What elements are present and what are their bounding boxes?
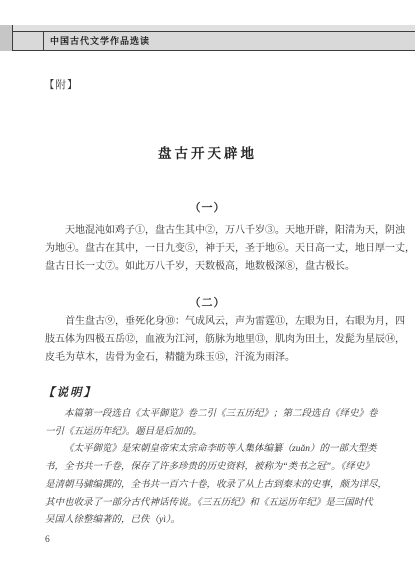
section-1-heading: （一）	[0, 199, 415, 215]
header-edge-tab	[0, 25, 13, 51]
text-line: 本篇第一段选自《太平御览》卷二引《三五历纪》；第二段选自《绎史》卷	[45, 406, 377, 424]
text-line: 为地④。盘古在其中，一日九变⑤，神于天，圣于地⑥。天日高一丈，地日厚一丈，	[45, 240, 375, 258]
text-line: 盘古日长一丈⑦。如此万八千岁，天数极高，地数极深⑧，盘古极长。	[45, 258, 375, 276]
page-number: 6	[45, 535, 50, 545]
article-title: 盘古开天辟地	[0, 142, 415, 162]
text-line: 首生盘古⑨，垂死化身⑩：气成风云，声为雷霆⑪，左眼为日，右眼为月，四	[45, 313, 375, 331]
text-line: 皮毛为草木，齿骨为金石，精髓为珠玉⑮，汗流为雨泽。	[45, 349, 375, 367]
text-line: 肢五体为四极五岳⑫，血液为江河，筋脉为地里⑬，肌肉为田土，发髭为星辰⑭，	[45, 331, 375, 349]
running-head-book-title: 中国古代文学作品选读	[50, 32, 150, 50]
text-line: 一引《五运历年纪》。题目是后加的。	[45, 424, 377, 442]
text-line: 其中也收录了一部分古代神话传说。《三五历纪》和《五运历年纪》是三国时代	[45, 495, 377, 513]
notes-heading: 【说明】	[43, 384, 97, 400]
text-line: 吴国人徐整编著的，已佚（yì）。	[45, 512, 377, 530]
text-line: 书，全书共一千卷，保存了许多珍贵的历史资料，被称为“类书之冠”。《绎史》	[45, 459, 377, 477]
section-1-body: 天地混沌如鸡子①，盘古生其中②，万八千岁③。天地开辟，阳清为天，阴浊 为地④。盘…	[45, 222, 375, 276]
section-2-body: 首生盘古⑨，垂死化身⑩：气成风云，声为雷霆⑪，左眼为日，右眼为月，四 肢五体为四…	[45, 313, 375, 367]
section-2-heading: （二）	[0, 294, 415, 310]
text-line: 天地混沌如鸡子①，盘古生其中②，万八千岁③。天地开辟，阳清为天，阴浊	[45, 222, 375, 240]
book-page: 中国古代文学作品选读 【附】 盘古开天辟地 （一） 天地混沌如鸡子①，盘古生其中…	[0, 0, 415, 580]
text-line: 《太平御览》是宋朝皇帝宋太宗命李昉等人集体编纂（zuǎn）的一部大型类	[45, 441, 377, 459]
text-line: 是清朝马骕编撰的，全书共一百六十卷，收录了从上古到秦末的史事，颇为详尽，	[45, 477, 377, 495]
notes-body: 本篇第一段选自《太平御览》卷二引《三五历纪》；第二段选自《绎史》卷 一引《五运历…	[45, 406, 377, 530]
appendix-marker: 【附】	[44, 77, 79, 92]
header-divider-line	[43, 31, 44, 51]
